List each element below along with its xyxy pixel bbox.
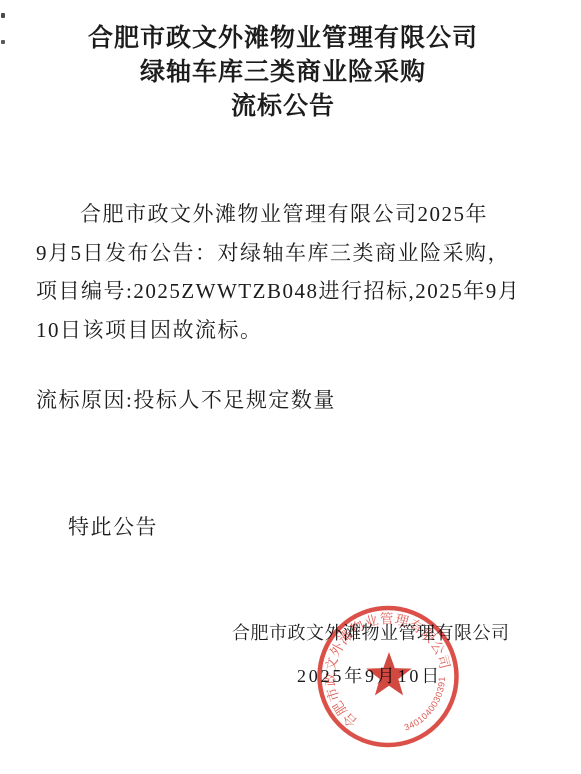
title-line-company: 合肥市政文外滩物业管理有限公司 [0,22,566,56]
title-line-project: 绿轴车库三类商业险采购 [0,56,566,90]
document-title: 合肥市政文外滩物业管理有限公司 绿轴车库三类商业险采购 流标公告 [0,22,566,124]
document-page: 合肥市政文外滩物业管理有限公司 绿轴车库三类商业险采购 流标公告 合肥市政文外滩… [0,0,581,774]
failed-bid-reason: 流标原因:投标人不足规定数量 [36,384,336,414]
company-seal-stamp: 合肥市政文外滩物业管理有限公司 3401040030391 [310,598,466,754]
stamp-star-icon [366,652,412,695]
paragraph-line: 项目编号:2025ZWWTZB048进行招标,2025年9月 [36,272,546,311]
paragraph-line: 合肥市政文外滩物业管理有限公司2025年 [36,195,546,234]
title-line-notice-type: 流标公告 [0,90,566,124]
paragraph-line: 9月5日发布公告：对绿轴车库三类商业险采购， [36,234,546,273]
closing-phrase: 特此公告 [68,511,158,541]
stamp-serial-number: 3401040030391 [403,676,447,733]
paragraph-line: 10日该项目因故流标。 [36,311,546,350]
scan-artifact-speck [1,13,5,18]
announcement-paragraph: 合肥市政文外滩物业管理有限公司2025年 9月5日发布公告：对绿轴车库三类商业险… [36,195,546,349]
